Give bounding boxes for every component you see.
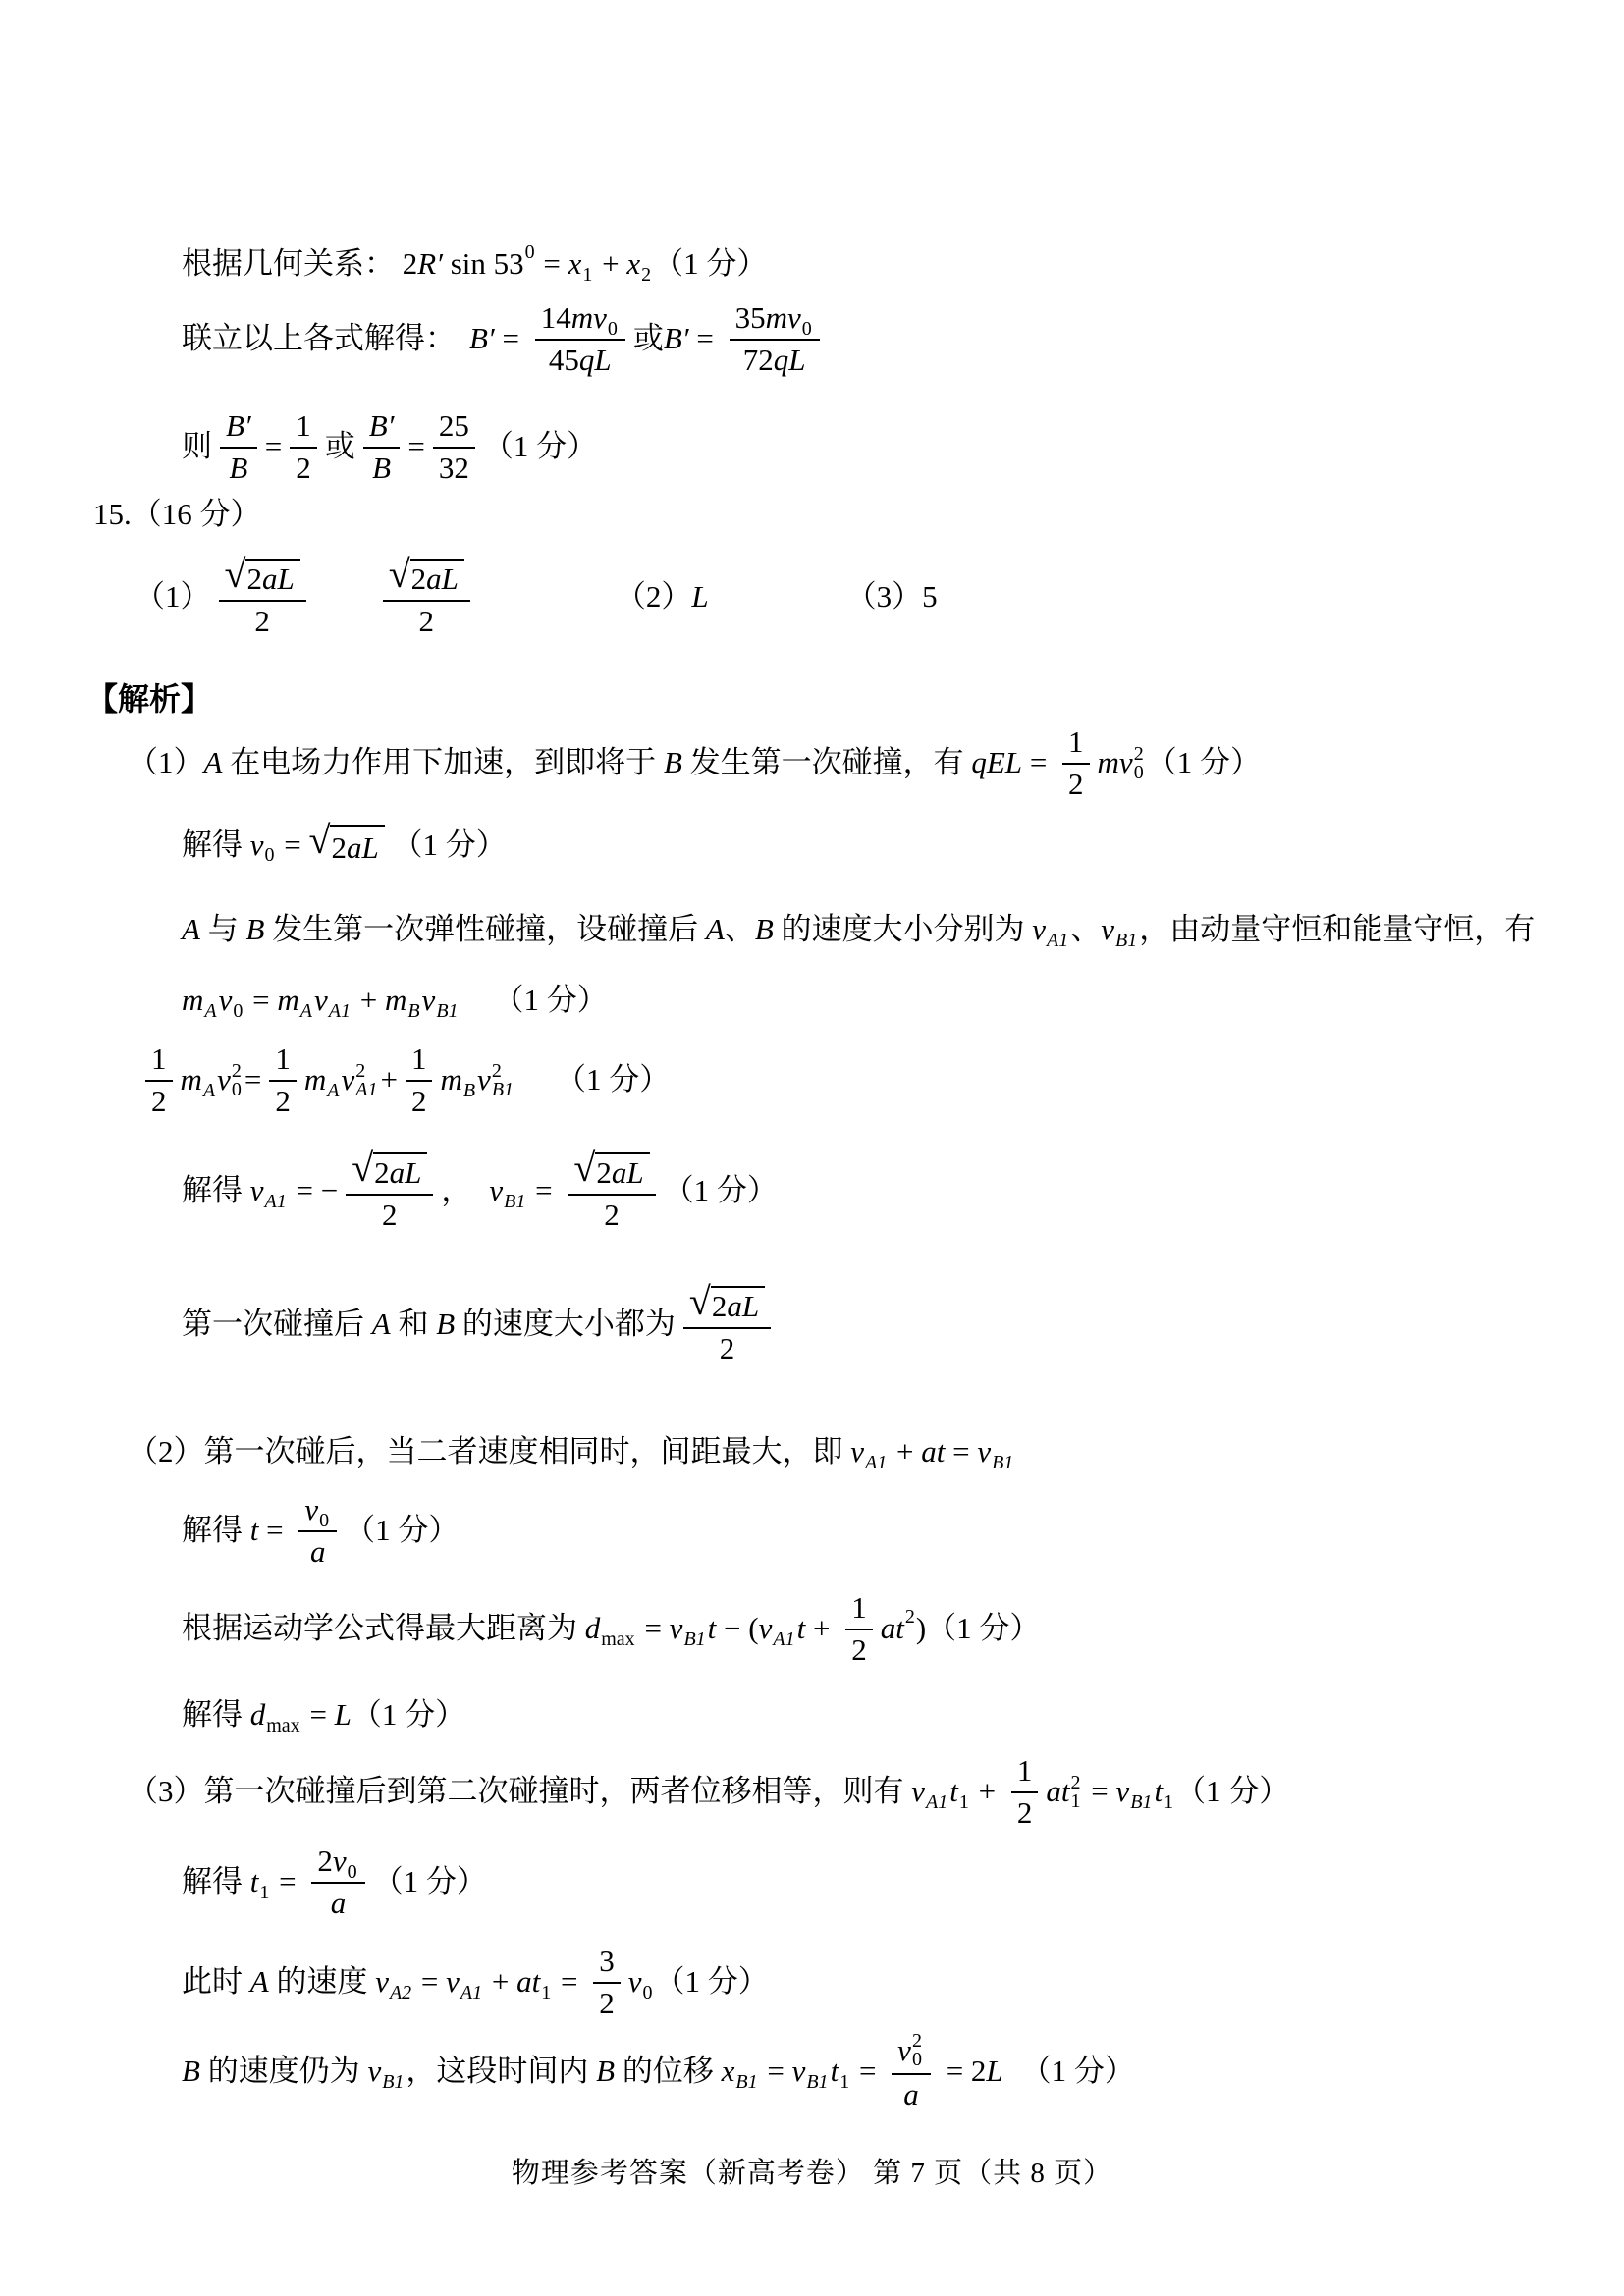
token-c: ， xyxy=(441,1172,471,1210)
token-sp xyxy=(1003,2071,1021,2072)
token-r: = xyxy=(851,2053,884,2091)
token-r: 1 xyxy=(411,1043,427,1076)
token-c: （2）第一次碰后，当二者速度相同时，间距最大，即 xyxy=(128,1433,850,1471)
token-i: B xyxy=(436,1306,455,1344)
token-i: v xyxy=(314,982,328,1020)
line-part2-dmax-equation: 根据运动学公式得最大距离为 dmax = vB1t − (vA1t + 12at… xyxy=(182,1592,1040,1666)
line-energy-conservation: 12mAv20=12mAv2A1+12mBv2B1（1 分） xyxy=(137,1043,670,1117)
token-ss: 2B1 xyxy=(492,1062,514,1099)
token-i: qL xyxy=(579,345,612,377)
token-i: A xyxy=(182,911,200,949)
token-i: mv xyxy=(571,302,607,335)
token-r: = xyxy=(760,2053,792,2091)
line-part2-t-result: 解得 t = v0a（1 分） xyxy=(182,1494,459,1568)
token-i: t xyxy=(949,1773,958,1811)
token-c: （1） xyxy=(135,578,211,616)
token-sp xyxy=(478,597,616,598)
token-i: L xyxy=(691,578,708,616)
token-i: m xyxy=(304,1061,326,1099)
token-i: v xyxy=(1101,911,1114,949)
token-c: （1 分） xyxy=(556,1061,670,1099)
token-i: m xyxy=(440,1061,461,1099)
token-i: v xyxy=(489,1172,503,1210)
token-r: 2 xyxy=(246,563,262,596)
token-r: 25 xyxy=(439,410,469,443)
token-c: （1 分） xyxy=(664,1172,778,1210)
token-sub: 1 xyxy=(839,2070,849,2095)
line-va1-vb1-result: 解得 vA1 = −√2aL2，vB1 = √2aL2（1 分） xyxy=(182,1150,778,1231)
token-sub: A xyxy=(203,1079,215,1103)
token-sp xyxy=(709,597,846,598)
token-r: + xyxy=(971,1773,1003,1811)
token-r: = xyxy=(637,1610,670,1648)
line-part2-dmax-result: 解得 dmax = L（1 分） xyxy=(182,1696,465,1735)
line-q15-header: 15.（16 分） xyxy=(93,496,261,534)
token-ss: 21 xyxy=(1070,1774,1080,1811)
token-i: d xyxy=(250,1696,266,1735)
line-analysis-header: 【解析】 xyxy=(86,679,212,719)
token-r: = xyxy=(271,1863,303,1901)
token-i: x xyxy=(626,245,640,284)
token-i: A xyxy=(204,744,223,782)
token-sub: 0 xyxy=(643,1981,653,2005)
token-i: v xyxy=(446,1963,460,2002)
token-frac: √2aL2 xyxy=(568,1150,655,1231)
token-c: 解得 xyxy=(182,1172,250,1210)
token-r: 2 xyxy=(599,1988,615,2020)
token-c: 的速度 xyxy=(269,1963,376,2002)
token-i: a xyxy=(903,2079,919,2111)
token-r: + xyxy=(889,1433,921,1471)
token-sub: B1 xyxy=(992,1451,1013,1475)
token-c: 15.（16 分） xyxy=(93,496,261,534)
token-i: x xyxy=(568,245,582,284)
token-i: mv xyxy=(766,302,801,335)
token-sub: B1 xyxy=(1115,929,1137,953)
token-r: 1 xyxy=(851,1592,867,1625)
token-c: 、 xyxy=(1070,911,1101,949)
token-c: 联立以上各式解得： xyxy=(182,320,456,358)
token-i: B′ xyxy=(369,410,395,443)
token-sub: A xyxy=(327,1079,339,1103)
token-r: = xyxy=(536,245,568,284)
token-frac: √2aL2 xyxy=(683,1284,771,1364)
token-r: 32 xyxy=(439,453,469,485)
token-c: （1 分） xyxy=(1147,744,1261,782)
token-c: 发生第一次碰撞，有 xyxy=(682,744,972,782)
token-i: v xyxy=(422,982,436,1020)
token-frac: 2532 xyxy=(433,410,475,484)
token-sub: B1 xyxy=(382,2070,404,2095)
token-frac: √2aL2 xyxy=(383,557,470,637)
token-r: 72 xyxy=(743,345,774,377)
token-r: 35 xyxy=(735,302,766,335)
token-c: （1 分） xyxy=(385,827,507,865)
token-sqrt: √2aL xyxy=(573,1150,649,1190)
token-sub: 1 xyxy=(582,263,592,288)
token-i: B xyxy=(245,911,264,949)
token-i: aL xyxy=(347,829,379,868)
token-i: v xyxy=(250,1172,264,1210)
token-c: 解得 xyxy=(182,1863,250,1901)
token-c: 的速度仍为 xyxy=(200,2053,368,2091)
token-ss: 20 xyxy=(1134,745,1144,782)
token-c: 第一次碰撞后 xyxy=(182,1306,372,1344)
token-sub: 0 xyxy=(319,1511,329,1531)
token-i: v xyxy=(477,1061,491,1099)
token-r: sin 53 xyxy=(443,245,524,284)
token-i: at xyxy=(921,1433,945,1471)
token-sub: A xyxy=(204,999,216,1024)
token-c: 解得 xyxy=(182,1696,250,1735)
token-frac: B′B xyxy=(220,410,257,484)
token-i: v xyxy=(897,2035,911,2067)
token-sp xyxy=(516,1080,556,1081)
token-sub: A xyxy=(300,999,312,1024)
token-r: 2 xyxy=(254,606,270,638)
token-r: − ( xyxy=(716,1610,758,1648)
token-i: t xyxy=(250,1512,259,1550)
token-i: v xyxy=(367,2053,381,2091)
token-i: at xyxy=(881,1610,904,1648)
token-frac: 12 xyxy=(290,410,317,484)
token-sub: B1 xyxy=(683,1628,705,1652)
token-r: = xyxy=(413,1963,446,2002)
token-sub: 0 xyxy=(265,843,275,868)
token-frac: 32 xyxy=(593,1946,621,2019)
token-i: qL xyxy=(774,345,806,377)
line-part2-condition: （2）第一次碰后，当二者速度相同时，间距最大，即 vA1 + at = vB1 xyxy=(128,1433,1015,1471)
token-r: + xyxy=(484,1963,516,2002)
token-r: = xyxy=(1083,1773,1115,1811)
token-r: 1 xyxy=(151,1043,167,1076)
token-r: 2 xyxy=(1017,1797,1033,1830)
token-c: （3） xyxy=(846,578,923,616)
line-part1-collision-setup: A 与 B 发生第一次弹性碰撞，设碰撞后 A、B 的速度大小分别为 vA1、vB… xyxy=(182,911,1535,949)
line-q15-answers: （1）√2aL2√2aL2（2）L（3）5 xyxy=(135,557,938,637)
token-frac: 12 xyxy=(406,1043,433,1117)
token-r: + xyxy=(594,245,626,284)
token-sub: 0 xyxy=(802,319,812,340)
line-part3-t1-result: 解得 t1 = 2v0a（1 分） xyxy=(182,1845,487,1919)
token-sub: A1 xyxy=(926,1790,947,1815)
line-speeds-after-collision: 第一次碰撞后 A 和 B 的速度大小都为√2aL2 xyxy=(182,1284,779,1364)
token-sub: A1 xyxy=(329,999,351,1024)
token-c: ，由动量守恒和能量守恒，有 xyxy=(1139,911,1535,949)
token-frac: 12 xyxy=(1011,1755,1039,1829)
token-i: A xyxy=(250,1963,269,2002)
token-r: = xyxy=(945,1433,977,1471)
token-i: v xyxy=(217,1061,231,1099)
token-c: 的速度大小都为 xyxy=(455,1306,676,1344)
token-c: 或 xyxy=(633,320,664,358)
token-r: 14 xyxy=(541,302,571,335)
token-r: 1 xyxy=(296,410,311,443)
token-r: 2 xyxy=(275,1086,291,1118)
token-i: L xyxy=(986,2053,1002,2091)
token-sub: A1 xyxy=(265,1190,287,1214)
token-c: （3）第一次碰撞后到第二次碰撞时，两者位移相等，则有 xyxy=(128,1773,911,1811)
token-sp xyxy=(456,339,469,340)
token-r: 2 xyxy=(851,1634,867,1667)
token-r: = xyxy=(244,1061,261,1099)
token-c: 的位移 xyxy=(615,2053,722,2091)
token-sp xyxy=(314,597,375,598)
token-r: = xyxy=(1022,744,1055,782)
token-sqrt: √2aL xyxy=(309,823,385,868)
token-i: v xyxy=(375,1963,389,2002)
token-c: （1 分） xyxy=(483,428,597,466)
token-sup: 2 xyxy=(905,1605,915,1629)
token-c: 、 xyxy=(725,911,755,949)
token-i: t xyxy=(831,2053,839,2091)
line-b-ratio-result: 则B′B=12或B′B=2532（1 分） xyxy=(182,410,597,484)
token-c: 物理参考答案（新高考卷） 第 7 页（共 8 页） xyxy=(512,2156,1112,2191)
token-c: 和 xyxy=(391,1306,437,1344)
token-c: 则 xyxy=(182,428,212,466)
token-sub: max xyxy=(266,1714,299,1738)
token-sub: B xyxy=(463,1079,475,1103)
token-i: at xyxy=(1046,1773,1069,1811)
token-r: 2 xyxy=(712,1291,728,1323)
token-i: L xyxy=(335,1696,352,1735)
token-r: 2 xyxy=(382,1200,398,1232)
token-c: 根据运动学公式得最大距离为 xyxy=(182,1610,585,1648)
token-r: 2 xyxy=(720,1333,735,1365)
token-ss: 2A1 xyxy=(355,1062,377,1099)
token-c: 【解析】 xyxy=(86,679,212,719)
token-i: t xyxy=(1154,1773,1163,1811)
token-i: v xyxy=(911,1773,925,1811)
token-sub: A1 xyxy=(773,1628,794,1652)
token-c: 的速度大小分别为 xyxy=(774,911,1033,949)
token-c: （1 分） xyxy=(1175,1773,1289,1811)
token-r: = xyxy=(527,1172,560,1210)
token-i: B′ xyxy=(664,320,689,358)
token-frac: √2aL2 xyxy=(346,1150,433,1231)
token-c: （1 分） xyxy=(1021,2053,1135,2091)
token-i: d xyxy=(585,1610,601,1648)
token-r: 3 xyxy=(599,1946,615,1978)
token-c: ，这段时间内 xyxy=(406,2053,596,2091)
token-ss: 20 xyxy=(912,2032,922,2069)
token-sub: B1 xyxy=(436,999,458,1024)
token-r: = xyxy=(689,320,722,358)
line-part1-v0-result: 解得 v0 = √2aL （1 分） xyxy=(182,823,507,868)
token-r: = xyxy=(265,428,282,466)
token-i: B xyxy=(182,2053,200,2091)
token-r: = − xyxy=(289,1172,338,1210)
token-ss: 20 xyxy=(232,1062,242,1099)
token-i: v xyxy=(250,827,264,865)
token-sub: 0 xyxy=(348,1862,357,1883)
token-i: a xyxy=(310,1536,326,1569)
token-r: = xyxy=(553,1963,585,2002)
token-i: aL xyxy=(262,563,295,596)
line-part3-displacement-equation: （3）第一次碰撞后到第二次碰撞时，两者位移相等，则有 vA1t1 + 12at2… xyxy=(128,1755,1289,1829)
token-sub: B1 xyxy=(735,2070,757,2095)
token-c: 此时 xyxy=(182,1963,250,2002)
token-r: 2 xyxy=(331,829,347,868)
token-r: 1 xyxy=(275,1043,291,1076)
token-frac: 12 xyxy=(845,1592,873,1666)
token-i: mv xyxy=(1098,744,1133,782)
token-sub: 1 xyxy=(541,1981,551,2005)
token-sub: A2 xyxy=(390,1981,411,2005)
token-sub: 0 xyxy=(233,999,243,1024)
token-r: 2 xyxy=(395,245,417,284)
line-momentum-conservation: mAv0 = mAvA1 + mBvB1（1 分） xyxy=(182,982,608,1020)
token-i: m xyxy=(182,982,203,1020)
token-i: v xyxy=(1032,911,1046,949)
token-r: + xyxy=(805,1610,838,1648)
token-sub: A1 xyxy=(460,1981,482,2005)
token-c: 发生第一次弹性碰撞，设碰撞后 xyxy=(264,911,706,949)
page-footer: 物理参考答案（新高考卷） 第 7 页（共 8 页） xyxy=(0,2156,1624,2191)
token-frac: 35mv072qL xyxy=(730,302,820,376)
token-r: 2 xyxy=(1068,769,1084,801)
token-r: 2 xyxy=(604,1200,620,1232)
token-i: aL xyxy=(612,1157,644,1190)
token-sub: 2 xyxy=(641,263,651,288)
token-r: 2 xyxy=(151,1086,167,1118)
token-c: （1 分） xyxy=(926,1610,1040,1648)
token-sub: 0 xyxy=(608,319,618,340)
token-i: m xyxy=(277,982,298,1020)
token-sub: B1 xyxy=(504,1190,525,1214)
token-sub: A1 xyxy=(865,1451,887,1475)
token-sp xyxy=(460,1000,494,1001)
token-i: v xyxy=(219,982,233,1020)
token-r: = xyxy=(407,428,424,466)
token-i: t xyxy=(708,1610,717,1648)
token-c: （1 分） xyxy=(655,1963,769,2002)
token-frac: B′B xyxy=(363,410,401,484)
token-i: at xyxy=(516,1963,540,2002)
token-r: 45 xyxy=(549,345,579,377)
token-sub: B1 xyxy=(806,2070,828,2095)
token-i: B′ xyxy=(469,320,495,358)
token-sub: 1 xyxy=(1164,1790,1173,1815)
line-b-prime-solutions: 联立以上各式解得：B′ = 14mv045qL或B′ = 35mv072qL xyxy=(182,302,828,376)
token-c: （1） xyxy=(128,744,204,782)
token-c: 解得 xyxy=(182,827,250,865)
token-i: t xyxy=(797,1610,806,1648)
token-c: （1 分） xyxy=(345,1512,459,1550)
token-i: B xyxy=(596,2053,615,2091)
token-c: 解得 xyxy=(182,1512,250,1550)
token-i: v xyxy=(333,1845,347,1878)
token-sqrt: √2aL xyxy=(389,557,464,596)
token-i: qEL xyxy=(971,744,1022,782)
token-r: 1 xyxy=(1017,1755,1033,1788)
token-i: v xyxy=(628,1963,642,2002)
token-i: v xyxy=(850,1433,864,1471)
line-part3-xb1-result: B 的速度仍为 vB1，这段时间内 B 的位移 xB1 = vB1t1 = v2… xyxy=(182,2032,1135,2111)
token-sqrt: √2aL xyxy=(352,1150,427,1190)
token-frac: v20a xyxy=(892,2032,931,2111)
token-sub: B xyxy=(407,999,419,1024)
token-i: v xyxy=(670,1610,683,1648)
token-sqrt: √2aL xyxy=(225,557,300,596)
token-r: 2 xyxy=(419,606,435,638)
line-part3-va2-result: 此时 A 的速度 vA2 = vA1 + at1 = 32v0（1 分） xyxy=(182,1946,769,2019)
document-page: 根据几何关系： 2R′ sin 530 = x1 + x2（1 分） 联立以上各… xyxy=(0,0,1624,2296)
token-r: = 2 xyxy=(939,2053,986,2091)
token-sub: A1 xyxy=(1047,929,1068,953)
token-r: = xyxy=(277,827,309,865)
token-i: v xyxy=(977,1433,991,1471)
token-c: 根据几何关系： xyxy=(182,245,395,284)
token-i: v xyxy=(304,1494,318,1526)
token-sub: B1 xyxy=(1130,1790,1152,1815)
token-i: A xyxy=(706,911,725,949)
token-sub: max xyxy=(601,1628,634,1652)
token-c: 或 xyxy=(325,428,355,466)
token-r: 2 xyxy=(296,453,311,485)
token-sp xyxy=(471,1191,489,1192)
token-i: v xyxy=(759,1610,773,1648)
token-i: v xyxy=(792,2053,806,2091)
token-frac: 12 xyxy=(1062,726,1090,800)
token-i: m xyxy=(181,1061,202,1099)
token-c: （1 分） xyxy=(653,245,767,284)
token-sub: 1 xyxy=(959,1790,969,1815)
token-r: 2 xyxy=(411,563,427,596)
token-frac: 2v0a xyxy=(311,1845,364,1919)
line-part1-energy-equation: （1）A 在电场力作用下加速，到即将于 B 发生第一次碰撞，有 qEL = 12… xyxy=(128,726,1261,800)
token-i: B xyxy=(229,453,247,485)
token-i: a xyxy=(331,1888,347,1920)
token-r: + xyxy=(380,1061,397,1099)
token-c: 在电场力作用下加速，到即将于 xyxy=(222,744,664,782)
token-c: 与 xyxy=(200,911,246,949)
token-r: = xyxy=(258,1512,291,1550)
token-r: = xyxy=(244,982,277,1020)
token-frac: 12 xyxy=(269,1043,297,1117)
token-i: t xyxy=(250,1863,259,1901)
token-i: aL xyxy=(727,1291,759,1323)
token-frac: √2aL2 xyxy=(219,557,306,637)
token-i: B xyxy=(664,744,682,782)
token-c: （1 分） xyxy=(352,1696,465,1735)
token-r: ) xyxy=(916,1610,926,1648)
token-r: 2 xyxy=(596,1157,612,1190)
token-i: B′ xyxy=(226,410,251,443)
token-i: B xyxy=(372,453,391,485)
token-c: （1 分） xyxy=(373,1863,487,1901)
token-frac: v0a xyxy=(298,1494,337,1568)
token-r: + xyxy=(352,982,385,1020)
token-sqrt: √2aL xyxy=(689,1284,765,1323)
token-r: 1 xyxy=(1068,726,1084,759)
token-i: v xyxy=(1115,1773,1129,1811)
token-c: （1 分） xyxy=(494,982,608,1020)
token-i: R′ xyxy=(417,245,443,284)
token-i: m xyxy=(385,982,406,1020)
token-frac: 14mv045qL xyxy=(535,302,625,376)
token-sub: 1 xyxy=(259,1881,269,1905)
token-i: aL xyxy=(390,1157,422,1190)
token-r: 2 xyxy=(317,1845,333,1878)
token-i: aL xyxy=(426,563,459,596)
line-geometry-relation: 根据几何关系： 2R′ sin 530 = x1 + x2（1 分） xyxy=(182,245,767,284)
token-r: 2 xyxy=(374,1157,390,1190)
token-r: = xyxy=(302,1696,335,1735)
token-i: A xyxy=(372,1306,391,1344)
token-frac: 12 xyxy=(145,1043,173,1117)
token-i: B xyxy=(755,911,774,949)
